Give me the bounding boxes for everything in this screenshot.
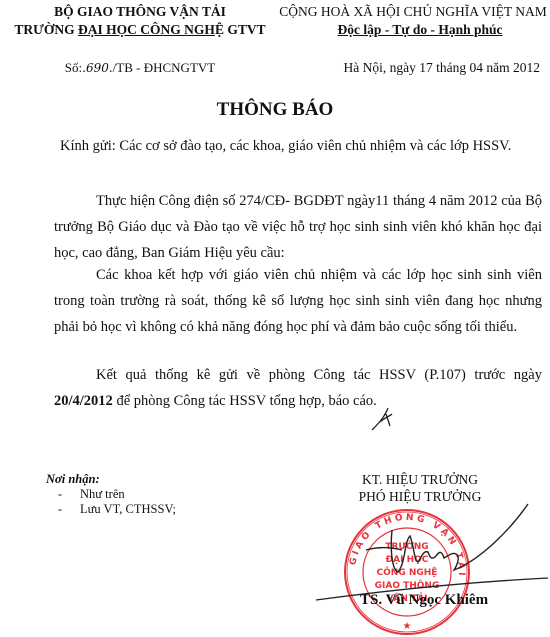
org-school-prefix: TRƯỜNG bbox=[14, 22, 78, 37]
recipients-block: Nơi nhận: -Như trên -Lưu VT, CTHSSV; bbox=[46, 472, 176, 517]
body-paragraph-2: Các khoa kết hợp với giáo viên chủ nhiệm… bbox=[54, 262, 542, 340]
signature-title-1: KT. HIỆU TRƯỞNG bbox=[320, 472, 520, 488]
p3-deadline: 20/4/2012 bbox=[54, 393, 113, 409]
org-school-underlined: ĐẠI HỌC CÔNG NGH bbox=[78, 22, 215, 37]
p3-rest: để phòng Công tác HSSV tổng hợp, báo cáo… bbox=[113, 393, 377, 409]
motto: Độc lập - Tự do - Hạnh phúc bbox=[300, 22, 540, 38]
motto-text: Độc lập - Tự do - Hạnh phúc bbox=[337, 22, 502, 37]
nation-heading: CỘNG HOÀ XÃ HỘI CHỦ NGHĨA VIỆT NAM bbox=[272, 4, 550, 20]
recipient-item: -Lưu VT, CTHSSV; bbox=[46, 502, 176, 517]
body-paragraph-1: Thực hiện Công điện số 274/CĐ- BGDĐT ngà… bbox=[54, 188, 542, 266]
date-line: Hà Nội, ngày 17 tháng 04 năm 2012 bbox=[300, 60, 540, 76]
document-number: Số:.690./TB - ĐHCNGTVT bbox=[20, 60, 260, 76]
org-ministry: BỘ GIAO THÔNG VẬN TẢI bbox=[20, 4, 260, 20]
document-title: THÔNG BÁO bbox=[0, 99, 550, 121]
signer-name: TS. Vũ Ngọc Khiêm bbox=[360, 592, 488, 609]
body-paragraph-3: Kết quả thống kê gửi về phòng Công tác H… bbox=[54, 362, 542, 414]
org-school: TRƯỜNG ĐẠI HỌC CÔNG NGHỆ GTVT bbox=[8, 22, 272, 38]
doc-no-handwritten: .690. bbox=[82, 61, 113, 75]
org-school-suffix: Ệ GTVT bbox=[215, 22, 266, 37]
doc-no-label: Số: bbox=[65, 60, 82, 75]
doc-no-suffix: /TB - ĐHCNGTVT bbox=[113, 60, 216, 75]
p3-intro: Kết quả thống kê gửi về phòng Công tác H… bbox=[96, 367, 542, 383]
seal-star-icon: ★ bbox=[403, 621, 412, 632]
initial-mark-icon bbox=[368, 402, 398, 432]
recipients-label: Nơi nhận: bbox=[46, 472, 176, 487]
recipient-item: -Như trên bbox=[46, 487, 176, 502]
recipient-line: Kính gửi: Các cơ sở đào tạo, các khoa, g… bbox=[60, 138, 511, 155]
